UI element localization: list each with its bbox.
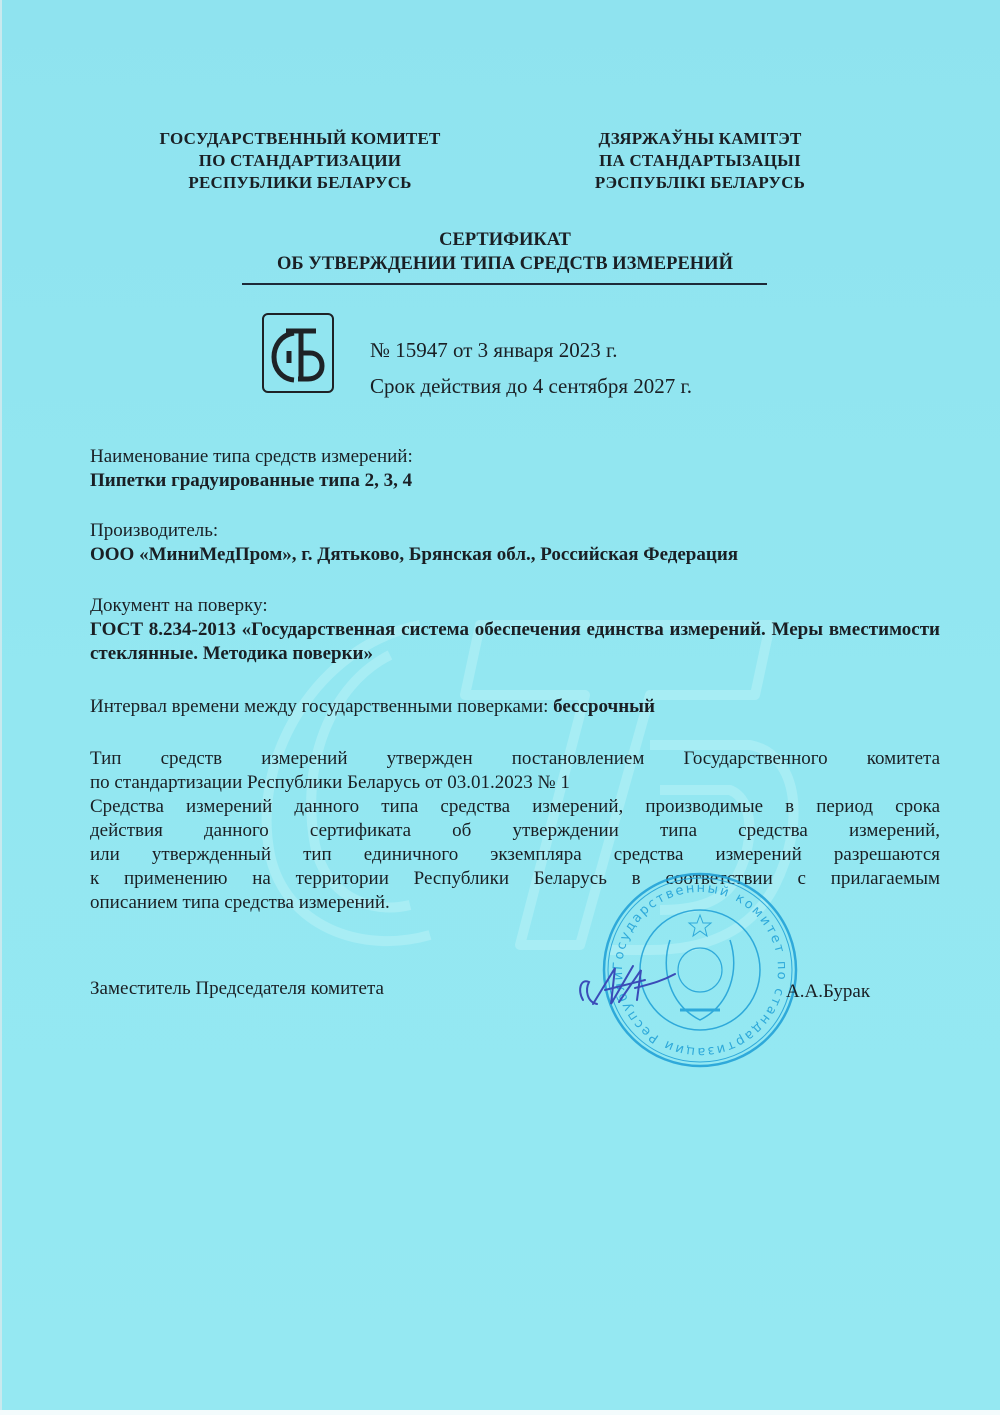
signatory-name: А.А.Бурак bbox=[786, 980, 870, 1004]
document-title: СЕРТИФИКАТ ОБ УТВЕРЖДЕНИИ ТИПА СРЕДСТВ И… bbox=[240, 228, 770, 276]
permission-line-5: описанием типа средства измерений. bbox=[90, 891, 940, 915]
permission-line-3: или утвержденный тип единичного экземпля… bbox=[90, 843, 940, 867]
title-line-2: ОБ УТВЕРЖДЕНИИ ТИПА СРЕДСТВ ИЗМЕРЕНИЙ bbox=[240, 252, 770, 276]
permission-line-1: Средства измерений данного типа средства… bbox=[90, 795, 940, 819]
issuer-by-line-1: ДЗЯРЖАЎНЫ КАМІТЭТ bbox=[555, 128, 845, 150]
title-divider bbox=[242, 283, 767, 285]
certificate-page: ГОСУДАРСТВЕННЫЙ КОМИТЕТ ПО СТАНДАРТИЗАЦИ… bbox=[0, 0, 1000, 1410]
certificate-number: № 15947 от 3 января 2023 г. bbox=[370, 337, 617, 363]
issuer-ru-line-2: ПО СТАНДАРТИЗАЦИИ bbox=[130, 150, 470, 172]
page-edge bbox=[0, 0, 2, 1410]
title-line-1: СЕРТИФИКАТ bbox=[240, 228, 770, 252]
verification-interval-label: Интервал времени между государственными … bbox=[90, 696, 553, 717]
issuer-by-line-3: РЭСПУБЛІКІ БЕЛАРУСЬ bbox=[555, 172, 845, 194]
handwritten-signature-icon bbox=[575, 960, 695, 1010]
decree-line-2: по стандартизации Республики Беларусь от… bbox=[90, 771, 940, 795]
verification-document-section: Документ на поверку: ГОСТ 8.234-2013 «Го… bbox=[90, 594, 940, 666]
instrument-type-value: Пипетки градуированные типа 2, 3, 4 bbox=[90, 469, 940, 493]
verification-interval-section: Интервал времени между государственными … bbox=[90, 695, 940, 719]
manufacturer-value: ООО «МиниМедПром», г. Дятьково, Брянская… bbox=[90, 543, 940, 567]
permission-line-2: действия данного сертификата об утвержде… bbox=[90, 819, 940, 843]
verification-document-value: ГОСТ 8.234-2013 «Государственная система… bbox=[90, 618, 940, 666]
issuer-ru-line-3: РЕСПУБЛИКИ БЕЛАРУСЬ bbox=[130, 172, 470, 194]
issuer-name-belarusian: ДЗЯРЖАЎНЫ КАМІТЭТ ПА СТАНДАРТЫЗАЦЫІ РЭСП… bbox=[555, 128, 845, 194]
page-bottom-margin bbox=[0, 1410, 1000, 1415]
verification-document-label: Документ на поверку: bbox=[90, 594, 940, 618]
instrument-type-label: Наименование типа средств измерений: bbox=[90, 445, 940, 469]
permission-line-4: к применению на территории Республики Бе… bbox=[90, 867, 940, 891]
verification-interval-value: бессрочный bbox=[553, 696, 655, 717]
instrument-type-section: Наименование типа средств измерений: Пип… bbox=[90, 445, 940, 493]
certificate-validity: Срок действия до 4 сентября 2027 г. bbox=[370, 373, 692, 399]
decree-line-1: Тип средств измерений утвержден постанов… bbox=[90, 747, 940, 771]
manufacturer-section: Производитель: ООО «МиниМедПром», г. Дят… bbox=[90, 519, 940, 567]
issuer-name-russian: ГОСУДАРСТВЕННЫЙ КОМИТЕТ ПО СТАНДАРТИЗАЦИ… bbox=[130, 128, 470, 194]
permission-paragraph: Средства измерений данного типа средства… bbox=[90, 795, 940, 915]
gosstandart-logo-icon bbox=[262, 313, 334, 393]
signatory-position: Заместитель Председателя комитета bbox=[90, 977, 384, 1001]
issuer-by-line-2: ПА СТАНДАРТЫЗАЦЫІ bbox=[555, 150, 845, 172]
issuer-ru-line-1: ГОСУДАРСТВЕННЫЙ КОМИТЕТ bbox=[130, 128, 470, 150]
decree-paragraph: Тип средств измерений утвержден постанов… bbox=[90, 747, 940, 795]
manufacturer-label: Производитель: bbox=[90, 519, 940, 543]
